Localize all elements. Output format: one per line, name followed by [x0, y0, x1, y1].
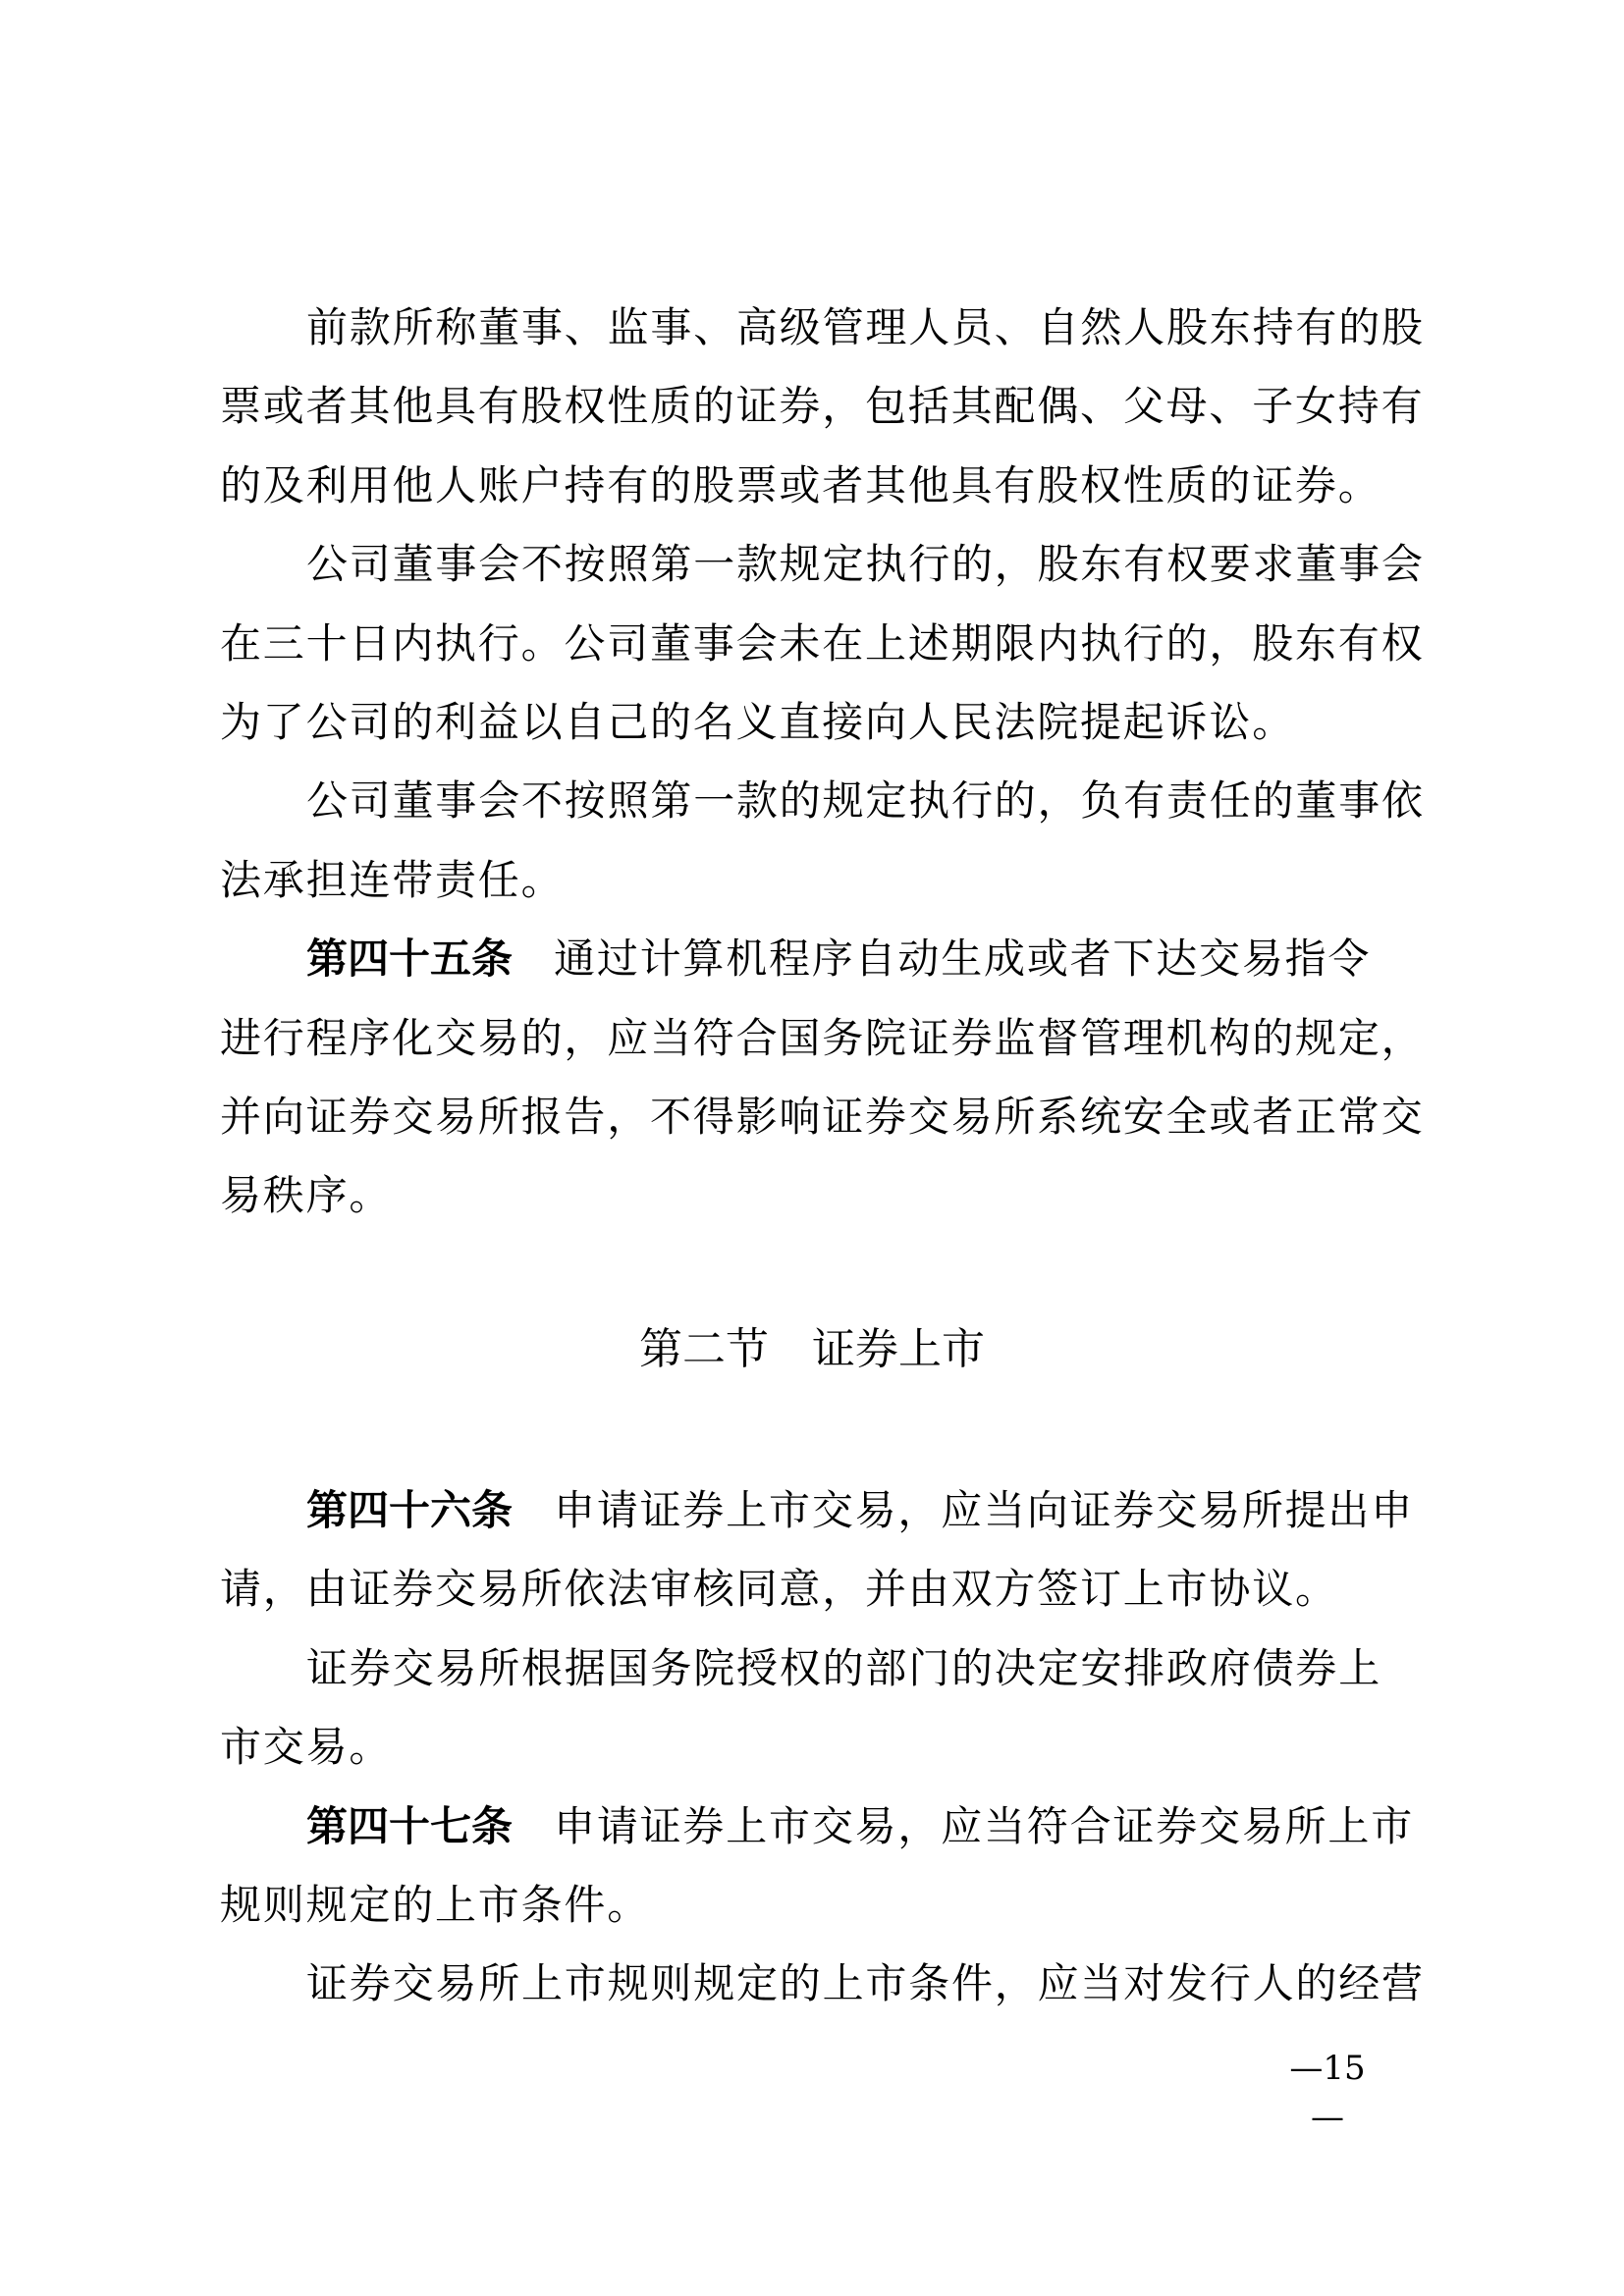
paragraph-shareholding-definition: 前款所称董事、监事、高级管理人员、自然人股东持有的股 票或者其他具有股权性质的证… [220, 289, 1426, 525]
text-line: 进行程序化交易的，应当符合国务院证券监督管理机构的规定， [220, 999, 1426, 1078]
text-line: 并向证券交易所报告，不得影响证券交易所系统安全或者正常交 [220, 1078, 1426, 1156]
text-line: 公司董事会不按照第一款的规定执行的，负有责任的董事依 [220, 762, 1426, 840]
text-line: 前款所称董事、监事、高级管理人员、自然人股东持有的股 [220, 289, 1426, 367]
text-line: 的及利用他人账户持有的股票或者其他具有股权性质的证券。 [220, 447, 1426, 525]
article-47: 第四十七条申请证券上市交易，应当符合证券交易所上市 规则规定的上市条件。 [220, 1788, 1426, 1946]
document-page: 前款所称董事、监事、高级管理人员、自然人股东持有的股 票或者其他具有股权性质的证… [0, 0, 1624, 2296]
article-text: 通过计算机程序自动生成或者下达交易指令 [554, 934, 1371, 983]
section-heading: 第二节证券上市 [0, 1315, 1624, 1384]
text-line: 在三十日内执行。公司董事会未在上述期限内执行的，股东有权 [220, 605, 1426, 683]
paragraph-government-bonds: 证券交易所根据国务院授权的部门的决定安排政府债券上 市交易。 [220, 1629, 1426, 1788]
text-block-lower: 第四十六条申请证券上市交易，应当向证券交易所提出申 请，由证券交易所依法审核同意… [220, 1471, 1426, 2024]
text-line: 易秩序。 [220, 1156, 1426, 1235]
text-line: 法承担连带责任。 [220, 841, 1426, 920]
article-45: 第四十五条通过计算机程序自动生成或者下达交易指令 进行程序化交易的，应当符合国务… [220, 920, 1426, 1236]
text-line: 证券交易所根据国务院授权的部门的决定安排政府债券上 [220, 1629, 1426, 1708]
article-text: 申请证券上市交易，应当向证券交易所提出申 [554, 1486, 1414, 1534]
article-number: 第四十七条 [306, 1802, 513, 1850]
section-number: 第二节 [639, 1324, 769, 1374]
text-line: 为了公司的利益以自己的名义直接向人民法院提起诉讼。 [220, 683, 1426, 762]
paragraph-joint-liability: 公司董事会不按照第一款的规定执行的，负有责任的董事依 法承担连带责任。 [220, 762, 1426, 920]
text-line: 证券交易所上市规则规定的上市条件，应当对发行人的经营 [220, 1945, 1426, 2023]
article-text: 申请证券上市交易，应当符合证券交易所上市 [554, 1802, 1414, 1850]
article-number: 第四十五条 [306, 934, 513, 983]
page-number: —15— [1273, 2044, 1381, 2142]
paragraph-listing-conditions: 证券交易所上市规则规定的上市条件，应当对发行人的经营 [220, 1945, 1426, 2023]
article-number: 第四十六条 [306, 1486, 513, 1534]
text-line: 第四十六条申请证券上市交易，应当向证券交易所提出申 [220, 1471, 1426, 1550]
text-block-upper: 前款所称董事、监事、高级管理人员、自然人股东持有的股 票或者其他具有股权性质的证… [220, 289, 1426, 1236]
section-title: 证券上市 [812, 1324, 985, 1374]
paragraph-board-failure-lawsuit: 公司董事会不按照第一款规定执行的，股东有权要求董事会 在三十日内执行。公司董事会… [220, 525, 1426, 762]
text-line: 请，由证券交易所依法审核同意，并由双方签订上市协议。 [220, 1550, 1426, 1629]
text-line: 规则规定的上市条件。 [220, 1866, 1426, 1945]
text-line: 公司董事会不按照第一款规定执行的，股东有权要求董事会 [220, 525, 1426, 604]
article-46: 第四十六条申请证券上市交易，应当向证券交易所提出申 请，由证券交易所依法审核同意… [220, 1471, 1426, 1629]
text-line: 第四十五条通过计算机程序自动生成或者下达交易指令 [220, 920, 1426, 998]
text-line: 票或者其他具有股权性质的证券，包括其配偶、父母、子女持有 [220, 367, 1426, 446]
text-line: 第四十七条申请证券上市交易，应当符合证券交易所上市 [220, 1788, 1426, 1866]
text-line: 市交易。 [220, 1708, 1426, 1787]
